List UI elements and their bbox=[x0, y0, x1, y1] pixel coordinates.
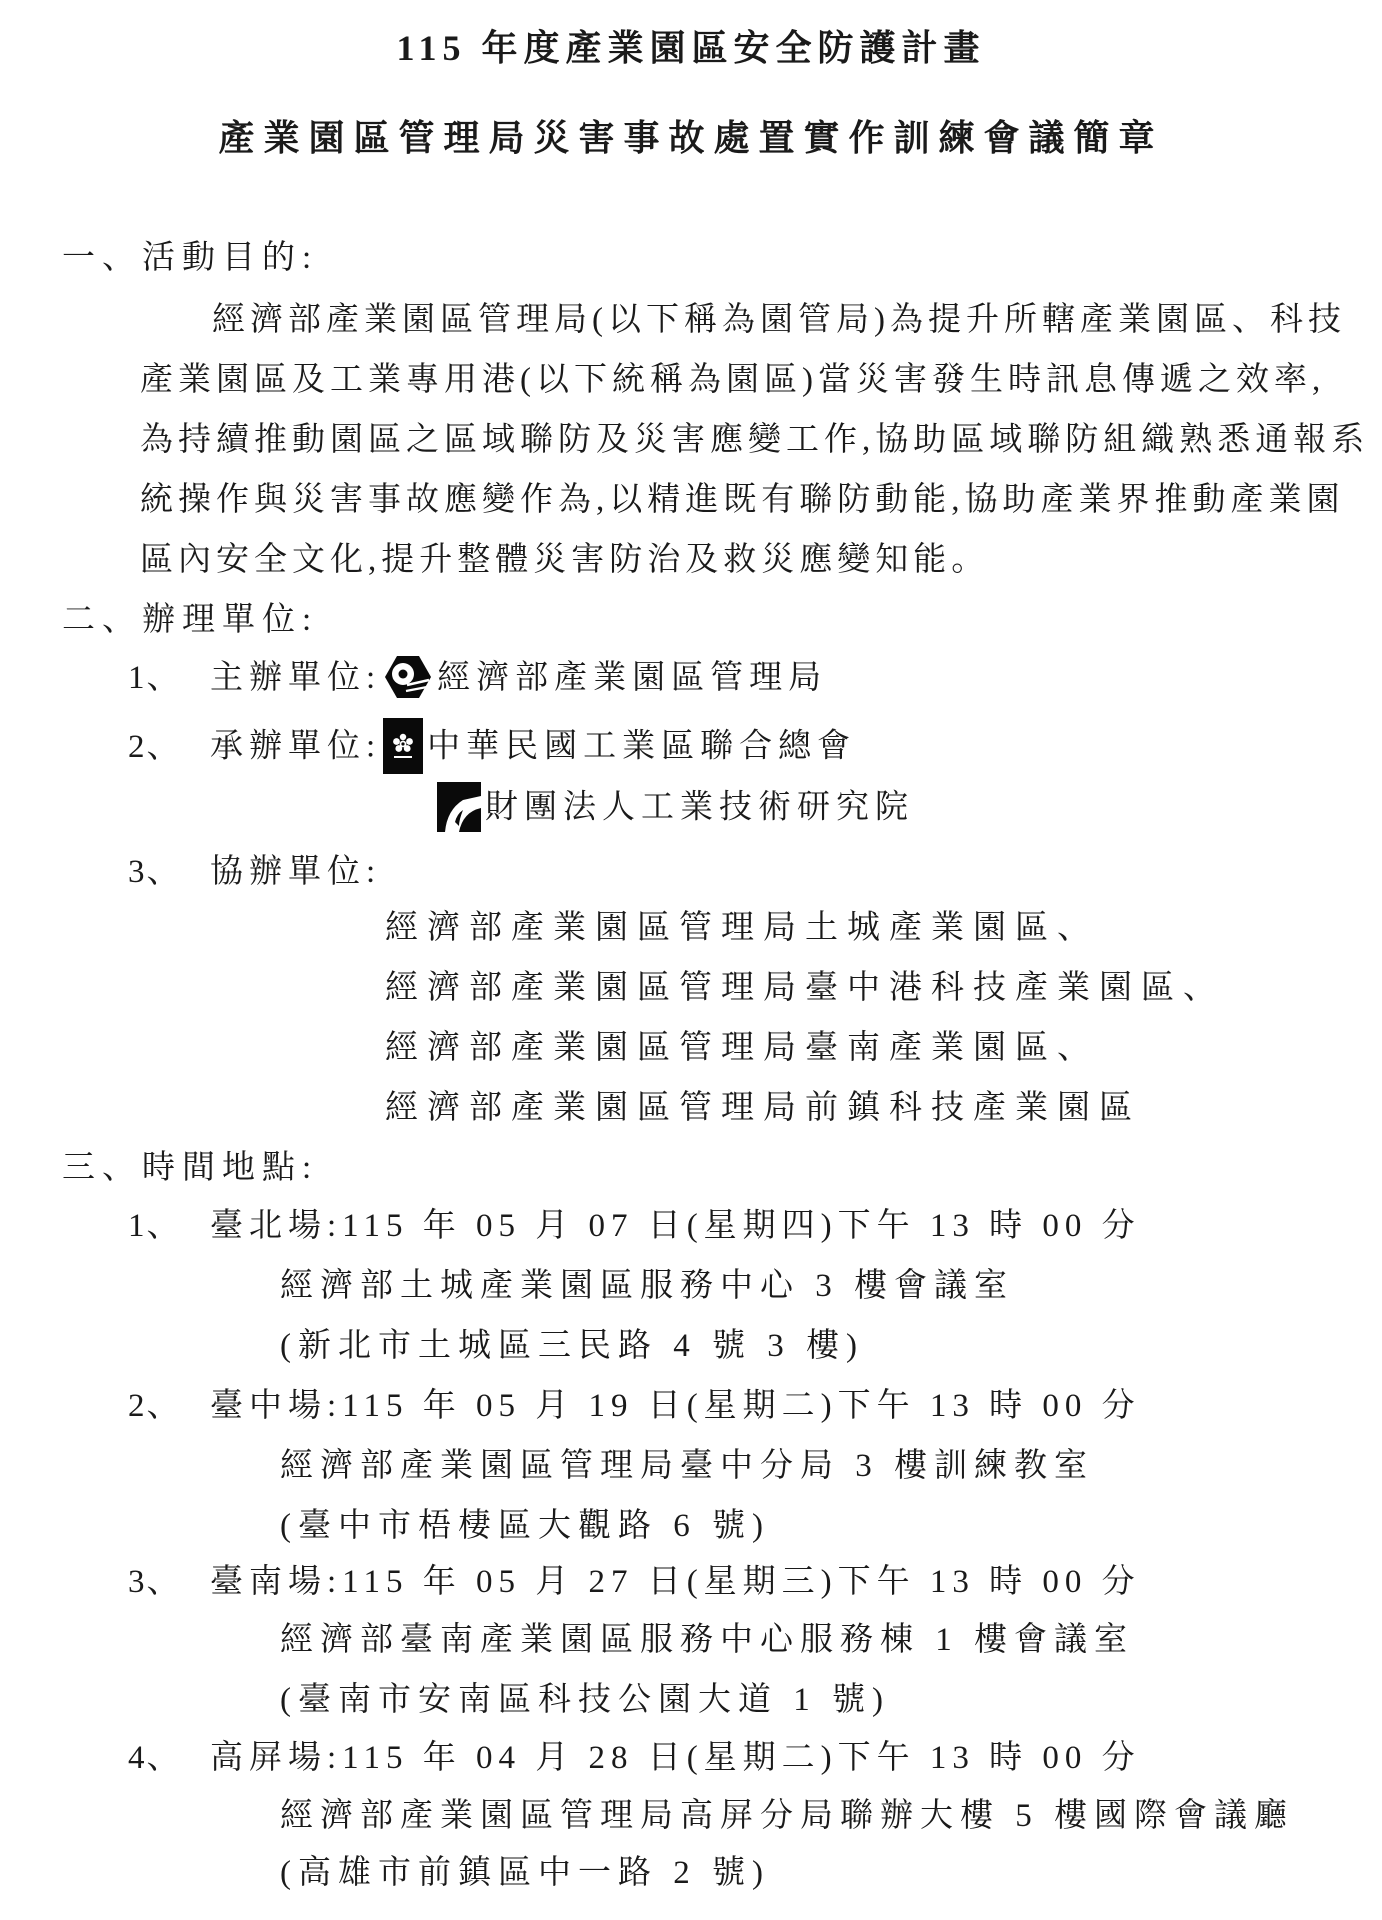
host-organizer-role: 主辦單位: bbox=[210, 660, 381, 696]
section-organizers-heading: 二、辦理單位: bbox=[62, 602, 318, 640]
section-schedule-heading: 三、時間地點: bbox=[62, 1150, 318, 1188]
document-page: 115 年度產業園區安全防護計畫 產業園區管理局災害事故處置實作訓練會議簡章 一… bbox=[0, 0, 1382, 1920]
purpose-paragraph-line: 統操作與災害事故應變作為,以精進既有聯防動能,協助產業界推動產業園 bbox=[140, 482, 1345, 520]
section-schedule-number: 三、 bbox=[62, 1150, 142, 1186]
executor-organizer-name-2: 財團法人工業技術研究院 bbox=[485, 790, 914, 826]
co-organizer-item: 經濟部產業園區管理局前鎮科技產業園區 bbox=[385, 1090, 1141, 1128]
executor-organizer-role: 承辦單位: bbox=[210, 729, 381, 765]
section-purpose-number: 一、 bbox=[62, 240, 142, 276]
co-organizer-role: 協辦單位: bbox=[210, 854, 381, 890]
event-row: 1、臺北場:115 年 05 月 07 日(星期四)下午 13 時 00 分 bbox=[128, 1208, 1141, 1246]
executor-organizer-row: 2、承辦單位:中華民國工業區聯合總會 bbox=[128, 724, 856, 774]
purpose-paragraph-line: 產業園區及工業專用港(以下統稱為園區)當災害發生時訊息傳遞之效率, bbox=[140, 362, 1325, 400]
host-organizer-number: 1、 bbox=[128, 660, 210, 698]
event-row: 3、臺南場:115 年 05 月 27 日(星期三)下午 13 時 00 分 bbox=[128, 1564, 1141, 1602]
iia-logo-icon bbox=[383, 718, 423, 774]
executor-organizer-row-2: 財團法人工業技術研究院 bbox=[435, 788, 914, 832]
section-purpose-heading: 一、活動目的: bbox=[62, 240, 318, 278]
event-address: (新北市土城區三民路 4 號 3 樓) bbox=[280, 1328, 864, 1366]
event-venue: 經濟部產業園區管理局高屏分局聯辦大樓 5 樓國際會議廳 bbox=[280, 1798, 1294, 1836]
purpose-paragraph-line: 經濟部產業園區管理局(以下稱為園管局)為提升所轄產業園區、科技 bbox=[212, 302, 1346, 340]
event-number: 3、 bbox=[128, 1564, 210, 1602]
document-subtitle: 產業園區管理局災害事故處置實作訓練會議簡章 bbox=[0, 118, 1382, 159]
host-organizer-row: 1、主辦單位:經濟部產業園區管理局 bbox=[128, 660, 827, 700]
event-address: (臺中市梧棲區大觀路 6 號) bbox=[280, 1508, 770, 1546]
event-datetime: 115 年 05 月 19 日(星期二)下午 13 時 00 分 bbox=[342, 1388, 1141, 1424]
section-schedule-title: 時間地點: bbox=[142, 1150, 318, 1186]
event-number: 2、 bbox=[128, 1388, 210, 1426]
event-venue: 經濟部臺南產業園區服務中心服務棟 1 樓會議室 bbox=[280, 1622, 1134, 1660]
co-organizer-number: 3、 bbox=[128, 854, 210, 892]
event-site: 高屏場: bbox=[210, 1740, 342, 1776]
event-datetime: 115 年 04 月 28 日(星期二)下午 13 時 00 分 bbox=[342, 1740, 1141, 1776]
event-number: 4、 bbox=[128, 1740, 210, 1778]
event-venue: 經濟部產業園區管理局臺中分局 3 樓訓練教室 bbox=[280, 1448, 1094, 1486]
co-organizer-item: 經濟部產業園區管理局土城產業園區、 bbox=[385, 910, 1099, 948]
event-datetime: 115 年 05 月 07 日(星期四)下午 13 時 00 分 bbox=[342, 1208, 1141, 1244]
co-organizer-row: 3、協辦單位: bbox=[128, 854, 381, 892]
event-site: 臺北場: bbox=[210, 1208, 342, 1244]
document-title: 115 年度產業園區安全防護計畫 bbox=[0, 28, 1382, 69]
section-organizers-number: 二、 bbox=[62, 602, 142, 638]
event-row: 4、高屏場:115 年 04 月 28 日(星期二)下午 13 時 00 分 bbox=[128, 1740, 1141, 1778]
event-address: (臺南市安南區科技公園大道 1 號) bbox=[280, 1682, 890, 1720]
event-datetime: 115 年 05 月 27 日(星期三)下午 13 時 00 分 bbox=[342, 1564, 1141, 1600]
event-row: 2、臺中場:115 年 05 月 19 日(星期二)下午 13 時 00 分 bbox=[128, 1388, 1141, 1426]
moea-logo-icon bbox=[383, 654, 433, 700]
event-address: (高雄市前鎮區中一路 2 號) bbox=[280, 1855, 770, 1893]
event-site: 臺中場: bbox=[210, 1388, 342, 1424]
event-number: 1、 bbox=[128, 1208, 210, 1246]
co-organizer-item: 經濟部產業園區管理局臺中港科技產業園區、 bbox=[385, 970, 1225, 1008]
co-organizer-item: 經濟部產業園區管理局臺南產業園區、 bbox=[385, 1030, 1099, 1068]
purpose-paragraph-line: 為持續推動園區之區域聯防及災害應變工作,協助區域聯防組織熟悉通報系 bbox=[140, 422, 1369, 460]
executor-organizer-name: 中華民國工業區聯合總會 bbox=[427, 729, 856, 765]
section-purpose-title: 活動目的: bbox=[142, 240, 318, 276]
event-site: 臺南場: bbox=[210, 1564, 342, 1600]
event-venue: 經濟部土城產業園區服務中心 3 樓會議室 bbox=[280, 1268, 1014, 1306]
section-organizers-title: 辦理單位: bbox=[142, 602, 318, 638]
executor-organizer-number: 2、 bbox=[128, 729, 210, 767]
host-organizer-name: 經濟部產業園區管理局 bbox=[437, 660, 827, 696]
itri-logo-icon bbox=[437, 782, 481, 832]
purpose-paragraph-line: 區內安全文化,提升整體災害防治及救災應變知能。 bbox=[140, 542, 989, 580]
